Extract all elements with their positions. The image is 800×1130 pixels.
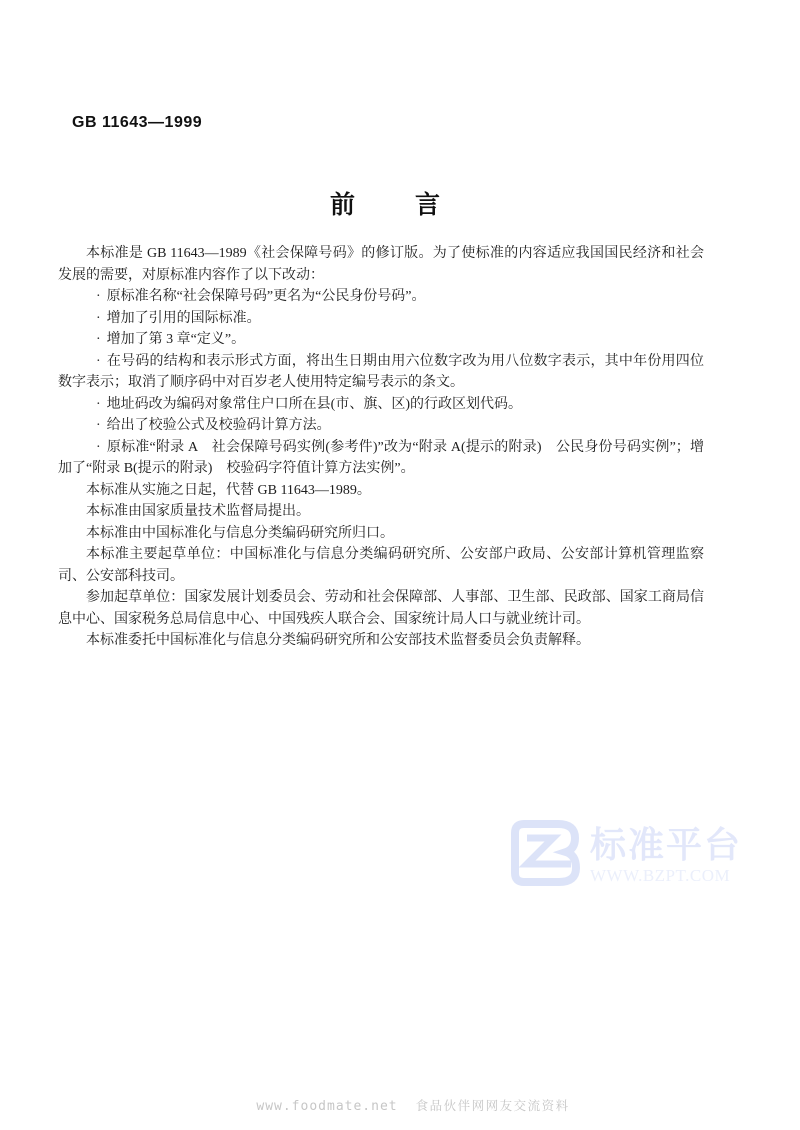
change-item-text: 给出了校验公式及校验码计算方法。 <box>107 418 331 433</box>
change-item: ·原标准“附录 A 社会保障号码实例(参考件)”改为“附录 A(提示的附录) 公… <box>58 437 704 480</box>
change-item: ·增加了第 3 章“定义”。 <box>58 329 704 351</box>
bullet-icon: · <box>96 440 101 455</box>
bullet-icon: · <box>96 289 101 304</box>
change-item-text: 在号码的结构和表示形式方面，将出生日期由用六位数字改为用八位数字表示，其中年份用… <box>58 354 704 391</box>
change-item: ·在号码的结构和表示形式方面，将出生日期由用六位数字改为用八位数字表示，其中年份… <box>58 351 704 394</box>
body-paragraph: 本标准从实施之日起，代替 GB 11643—1989。 <box>58 480 704 502</box>
watermark-brand: 标准平台 <box>590 826 742 864</box>
change-item-text: 增加了第 3 章“定义”。 <box>107 332 245 347</box>
bullet-icon: · <box>96 332 101 347</box>
watermark: 标准平台 WWW.BZPT.COM <box>511 820 742 891</box>
change-item-text: 地址码改为编码对象常住户口所在县(市、旗、区)的行政区划代码。 <box>107 397 522 412</box>
bullet-icon: · <box>96 311 101 326</box>
bzpt-logo-icon <box>511 820 583 886</box>
body-paragraph: 本标准由国家质量技术监督局提出。 <box>58 501 704 523</box>
standard-number: GB 11643—1999 <box>72 114 202 132</box>
change-item-text: 原标准“附录 A 社会保障号码实例(参考件)”改为“附录 A(提示的附录) 公民… <box>58 440 704 477</box>
change-item-text: 增加了引用的国际标准。 <box>107 311 261 326</box>
document-page: GB 11643—1999 前 言 本标准是 GB 11643—1989《社会保… <box>0 0 800 1130</box>
foreword-content: 本标准是 GB 11643—1989《社会保障号码》的修订版。为了使标准的内容适… <box>58 243 704 652</box>
page-title: 前 言 <box>330 190 440 222</box>
change-item: ·给出了校验公式及校验码计算方法。 <box>58 415 704 437</box>
change-item-text: 原标准名称“社会保障号码”更名为“公民身份号码”。 <box>107 289 426 304</box>
change-item: ·增加了引用的国际标准。 <box>58 308 704 330</box>
intro-paragraph: 本标准是 GB 11643—1989《社会保障号码》的修订版。为了使标准的内容适… <box>58 243 704 286</box>
watermark-url: WWW.BZPT.COM <box>590 866 742 886</box>
footer-url: www.foodmate.net <box>256 1099 397 1114</box>
bzpt-logo <box>511 820 583 891</box>
bullet-icon: · <box>96 354 101 369</box>
watermark-text: 标准平台 WWW.BZPT.COM <box>590 826 742 886</box>
bullet-icon: · <box>96 397 101 412</box>
title-char-1: 前 <box>330 190 355 222</box>
body-paragraph: 参加起草单位：国家发展计划委员会、劳动和社会保障部、人事部、卫生部、民政部、国家… <box>58 587 704 630</box>
body-paragraph: 本标准主要起草单位：中国标准化与信息分类编码研究所、公安部户政局、公安部计算机管… <box>58 544 704 587</box>
bullet-icon: · <box>96 418 101 433</box>
page-footer: www.foodmate.net 食品伙伴网网友交流资料 <box>13 1096 800 1115</box>
body-paragraph: 本标准委托中国标准化与信息分类编码研究所和公安部技术监督委员会负责解释。 <box>58 630 704 652</box>
footer-note: 食品伙伴网网友交流资料 <box>416 1099 570 1113</box>
title-char-2: 言 <box>415 190 440 222</box>
body-paragraph: 本标准由中国标准化与信息分类编码研究所归口。 <box>58 523 704 545</box>
change-item: ·原标准名称“社会保障号码”更名为“公民身份号码”。 <box>58 286 704 308</box>
change-item: ·地址码改为编码对象常住户口所在县(市、旗、区)的行政区划代码。 <box>58 394 704 416</box>
